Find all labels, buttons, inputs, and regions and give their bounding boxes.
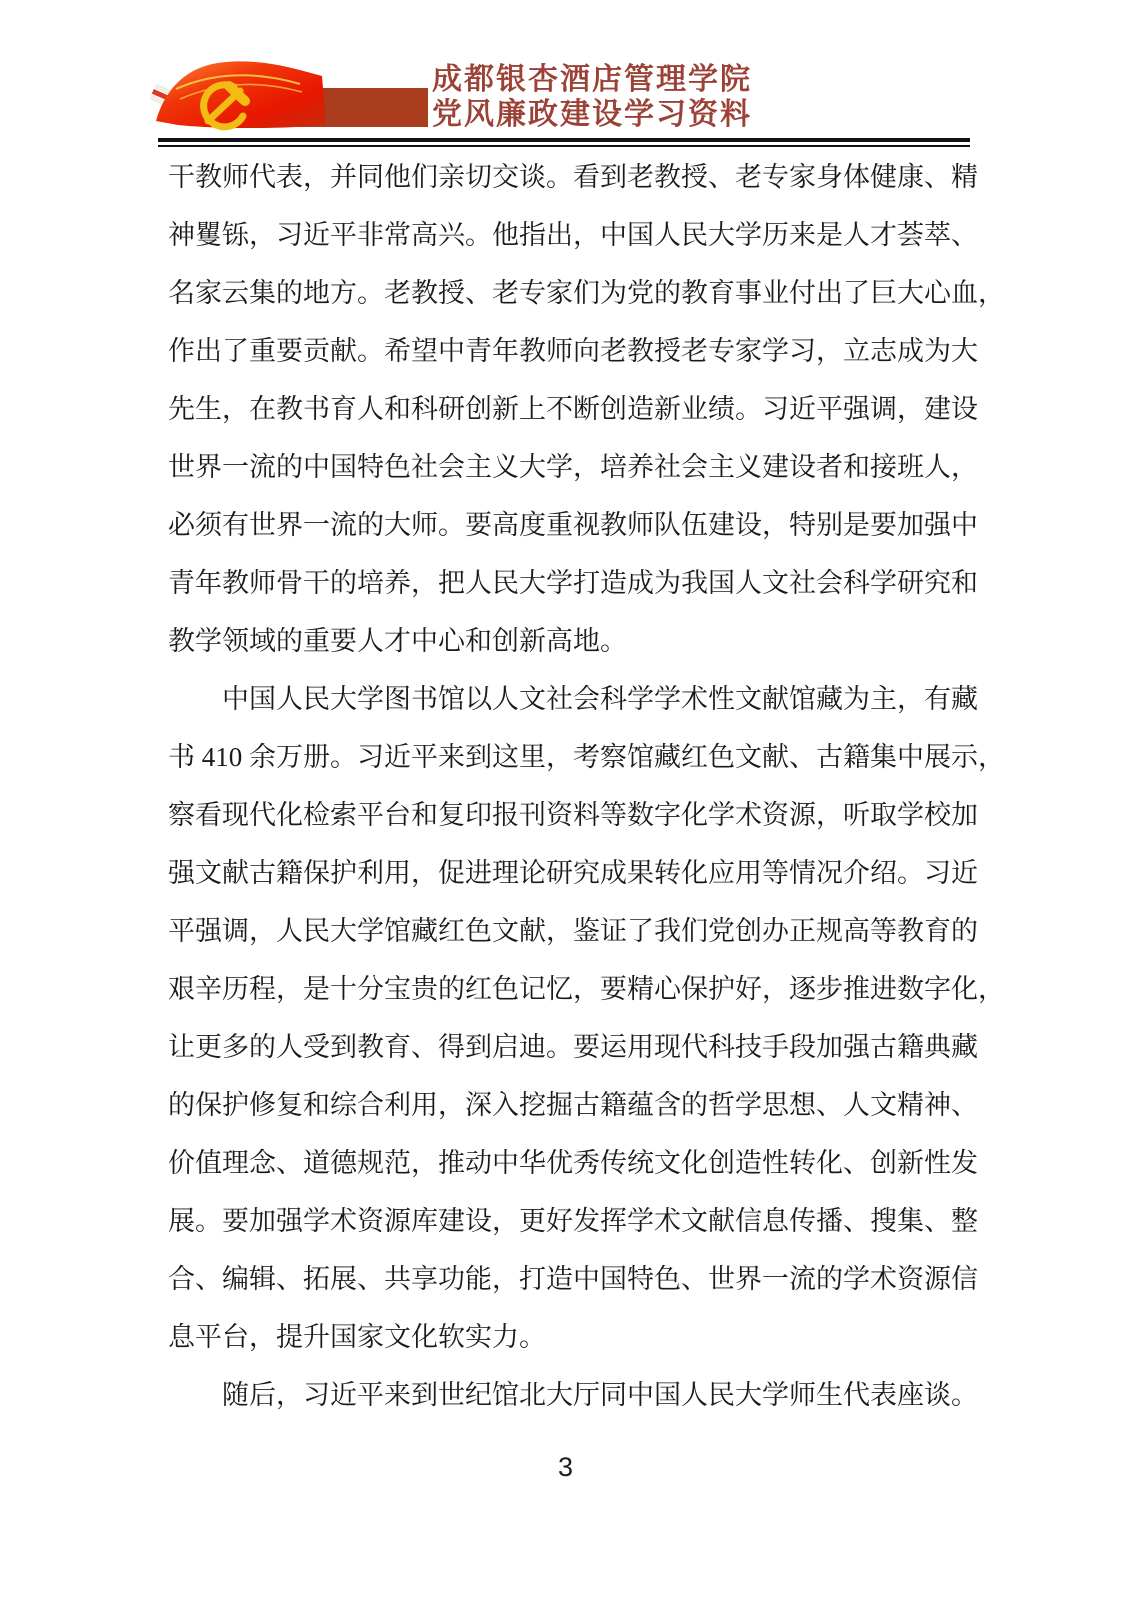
text-line: 合、编辑、拓展、共享功能，打造中国特色、世界一流的学术资源信 xyxy=(168,1250,965,1308)
header-title-block: 成都银杏酒店管理学院 党风廉政建设学习资料 xyxy=(432,62,792,132)
text-line: 的保护修复和综合利用，深入挖掘古籍蕴含的哲学思想、人文精神、 xyxy=(168,1076,965,1134)
text-line: 青年教师骨干的培养，把人民大学打造成为我国人文社会科学研究和 xyxy=(168,554,965,612)
text-line: 教学领域的重要人才中心和创新高地。 xyxy=(168,612,965,670)
text-line: 艰辛历程，是十分宝贵的红色记忆，要精心保护好，逐步推进数字化， xyxy=(168,960,965,1018)
text-line: 干教师代表，并同他们亲切交谈。看到老教授、老专家身体健康、精 xyxy=(168,148,965,206)
org-name: 成都银杏酒店管理学院 xyxy=(432,62,792,97)
text-line: 名家云集的地方。老教授、老专家们为党的教育事业付出了巨大心血， xyxy=(168,264,965,322)
page-number: 3 xyxy=(0,1452,1131,1483)
text-line: 神矍铄，习近平非常高兴。他指出，中国人民大学历来是人才荟萃、 xyxy=(168,206,965,264)
text-line: 世界一流的中国特色社会主义大学，培养社会主义建设者和接班人， xyxy=(168,438,965,496)
text-line: 书 410 余万册。习近平来到这里，考察馆藏红色文献、古籍集中展示， xyxy=(168,728,965,786)
text-line: 强文献古籍保护利用，促进理论研究成果转化应用等情况介绍。习近 xyxy=(168,844,965,902)
text-line: 让更多的人受到教育、得到启迪。要运用现代科技手段加强古籍典藏 xyxy=(168,1018,965,1076)
header-rule xyxy=(158,138,970,147)
text-line: 随后，习近平来到世纪馆北大厅同中国人民大学师生代表座谈。 xyxy=(168,1366,965,1424)
text-line: 作出了重要贡献。希望中青年教师向老教授老专家学习，立志成为大 xyxy=(168,322,965,380)
text-line: 展。要加强学术资源库建设，更好发挥学术文献信息传播、搜集、整 xyxy=(168,1192,965,1250)
party-flag-logo xyxy=(150,55,428,133)
text-line: 先生，在教书育人和科研创新上不断创造新业绩。习近平强调，建设 xyxy=(168,380,965,438)
document-page: 成都银杏酒店管理学院 党风廉政建设学习资料 干教师代表，并同他们亲切交谈。看到老… xyxy=(0,0,1131,1600)
doc-series-title: 党风廉政建设学习资料 xyxy=(432,97,792,132)
document-body: 干教师代表，并同他们亲切交谈。看到老教授、老专家身体健康、精神矍铄，习近平非常高… xyxy=(168,148,965,1424)
text-line: 价值理念、道德规范，推动中华优秀传统文化创造性转化、创新性发 xyxy=(168,1134,965,1192)
text-line: 平强调，人民大学馆藏红色文献，鉴证了我们党创办正规高等教育的 xyxy=(168,902,965,960)
text-line: 察看现代化检索平台和复印报刊资料等数字化学术资源，听取学校加 xyxy=(168,786,965,844)
text-line: 中国人民大学图书馆以人文社会科学学术性文献馆藏为主，有藏 xyxy=(168,670,965,728)
text-line: 息平台，提升国家文化软实力。 xyxy=(168,1308,965,1366)
text-line: 必须有世界一流的大师。要高度重视教师队伍建设，特别是要加强中 xyxy=(168,496,965,554)
